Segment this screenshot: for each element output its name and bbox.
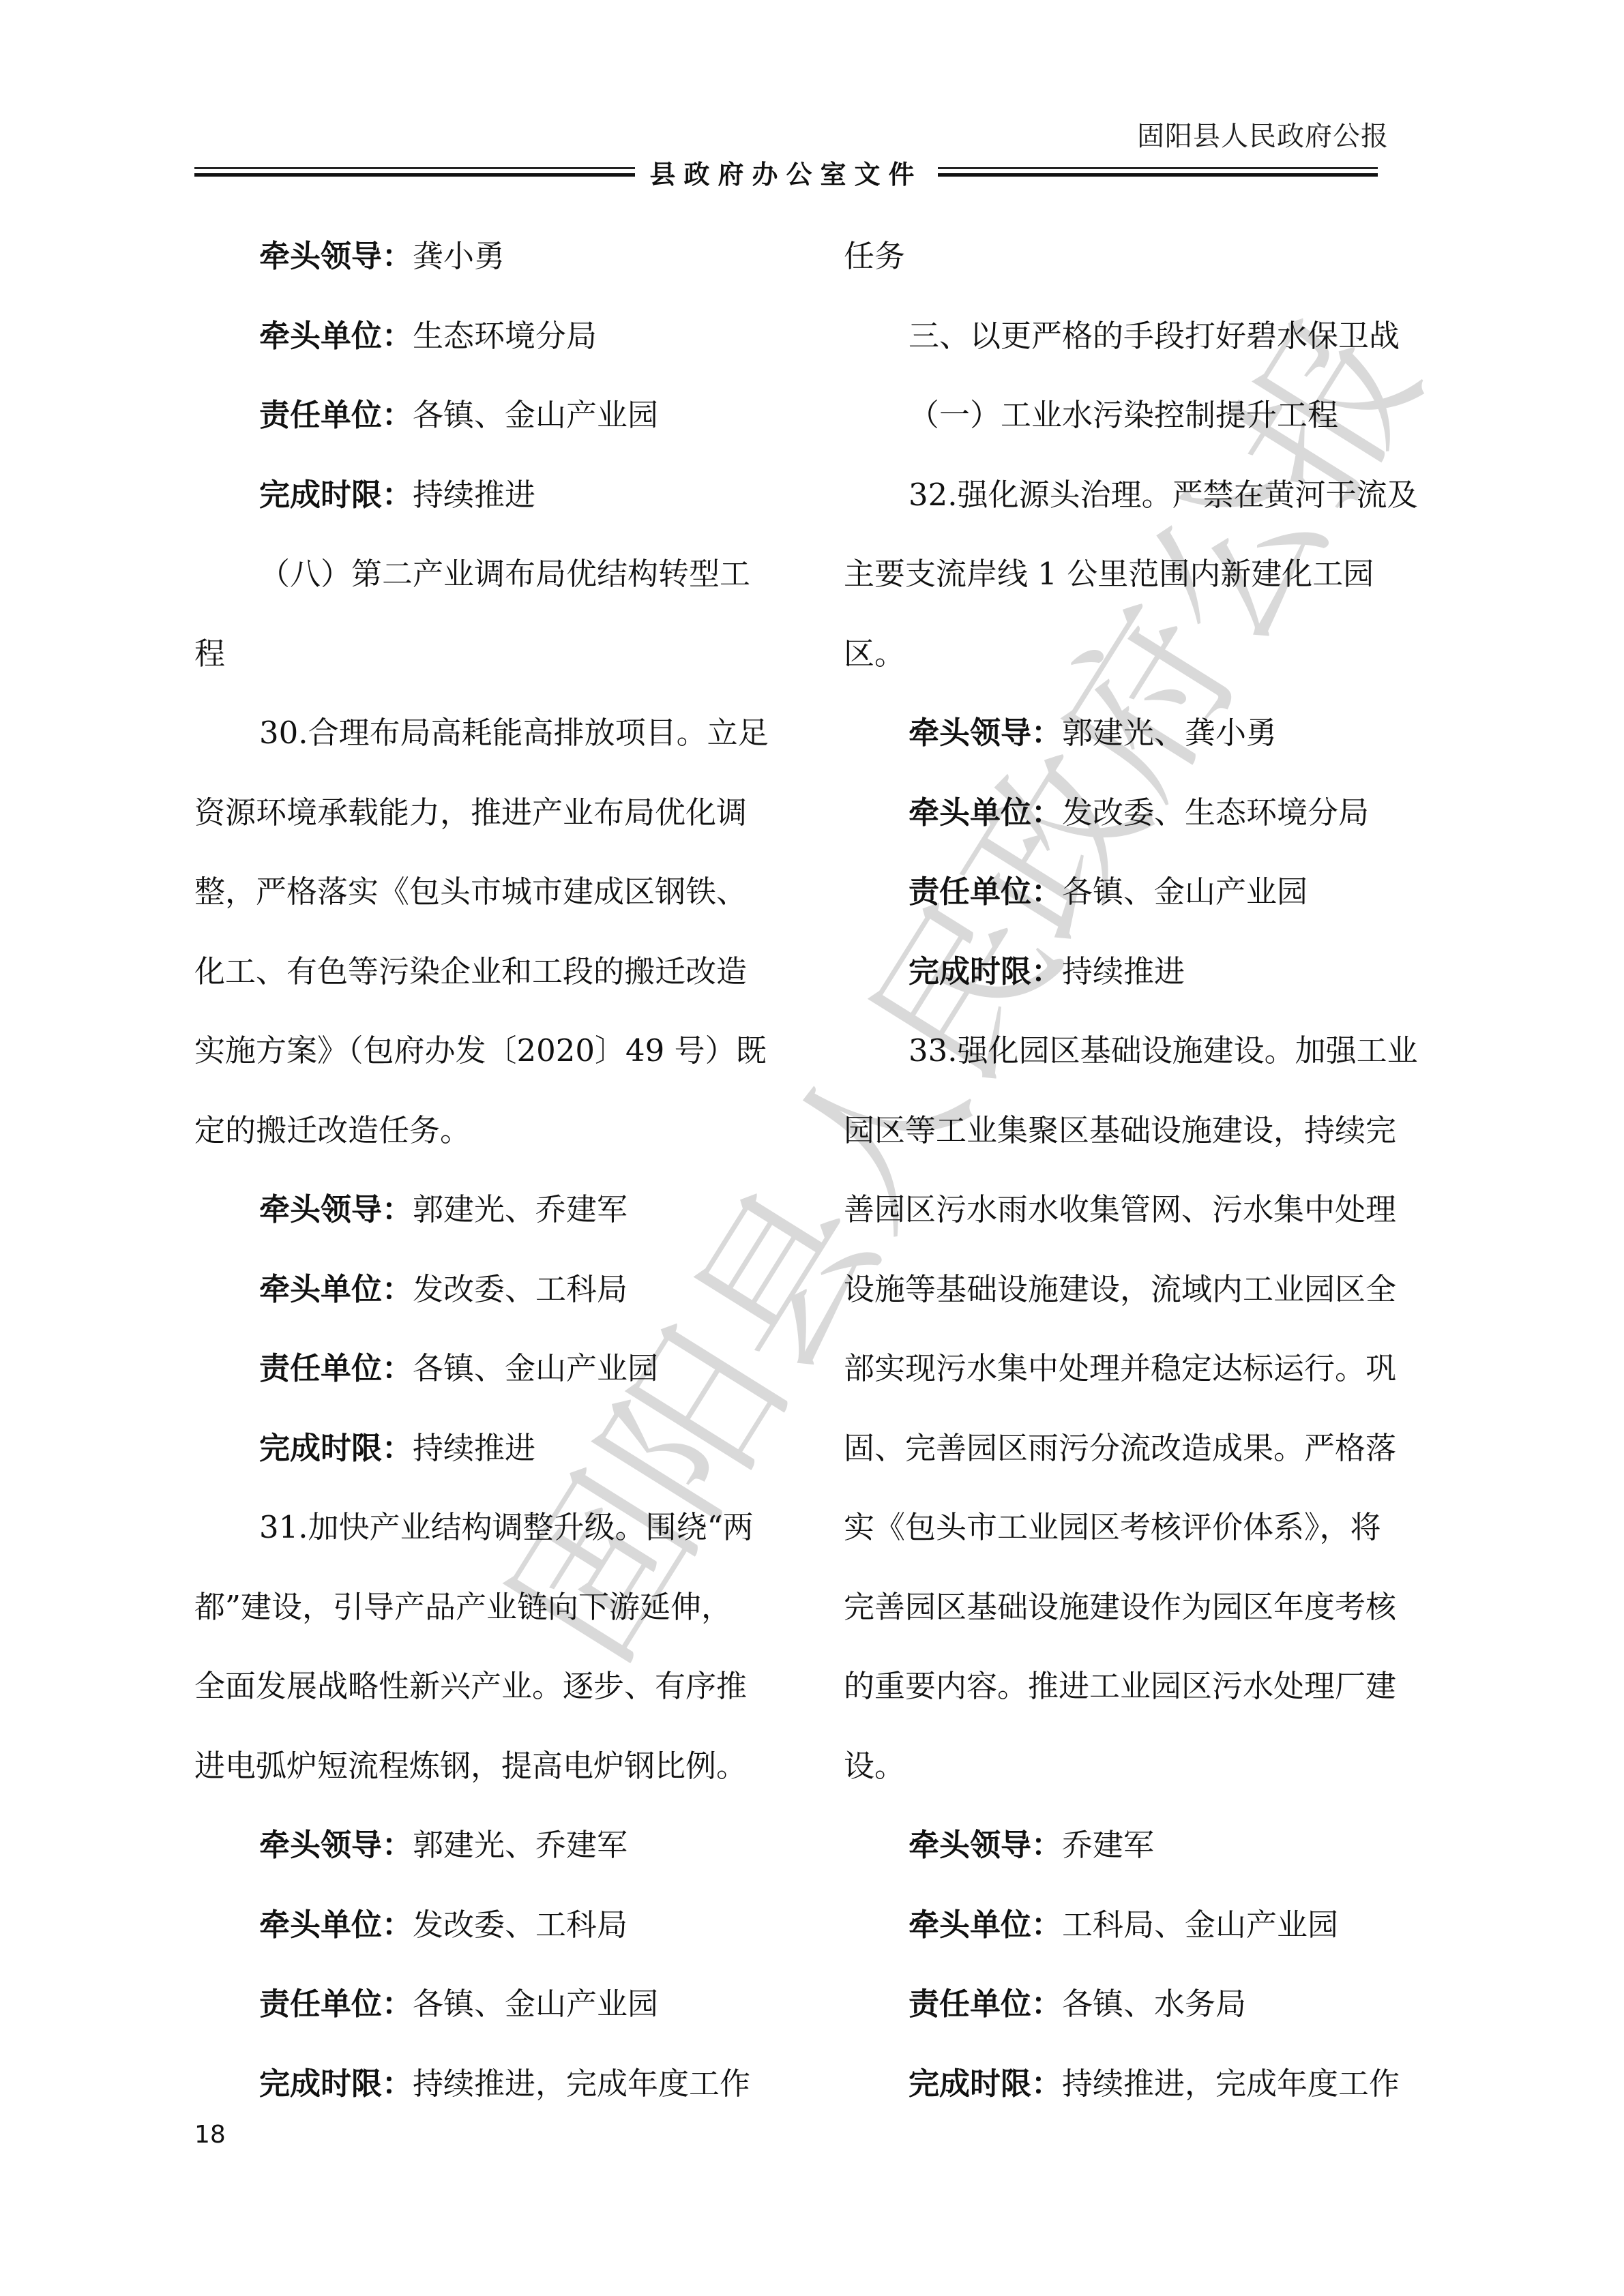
page-number: 18 (194, 2121, 226, 2149)
field-label: 牵头单位： (909, 1907, 1062, 1943)
field-label: 牵头领导： (259, 1827, 413, 1863)
field-label: 责任单位： (259, 1350, 413, 1386)
field-value: 乔建军 (1062, 1827, 1154, 1863)
field-line: 责任单位：各镇、金山产业园 (194, 376, 795, 456)
field-label: 完成时限： (909, 953, 1062, 989)
text-line: 32.强化源头治理。严禁在黄河干流及 (844, 456, 1444, 535)
double-rule-left (194, 167, 635, 177)
section-title: 县政府办公室文件 (635, 153, 938, 191)
field-value: 各镇、金山产业园 (413, 397, 658, 433)
text-line: 化工、有色等污染企业和工段的搬迁改造 (194, 932, 795, 1012)
field-value: 发改委、工科局 (413, 1907, 628, 1943)
field-label: 责任单位： (259, 1986, 413, 2022)
field-line: 牵头领导：龚小勇 (194, 217, 795, 297)
field-line: 完成时限：持续推进 (194, 1409, 795, 1489)
text-line: 30.合理布局高耗能高排放项目。立足 (194, 694, 795, 773)
text-line: 固、完善园区雨污分流改造成果。严格落 (844, 1409, 1444, 1489)
text-line: 三、以更严格的手段打好碧水保卫战 (844, 297, 1444, 376)
field-value: 发改委、工科局 (413, 1271, 628, 1307)
field-value: 持续推进，完成年度工作 (1062, 2066, 1400, 2102)
field-value: 工科局、金山产业园 (1062, 1907, 1338, 1943)
text-line: 资源环境承载能力，推进产业布局优化调 (194, 773, 795, 853)
field-line: 牵头领导：郭建光、乔建军 (194, 1806, 795, 1885)
text-line: 全面发展战略性新兴产业。逐步、有序推 (194, 1647, 795, 1727)
field-label: 牵头领导： (259, 1191, 413, 1227)
field-line: 完成时限：持续推进 (844, 932, 1444, 1012)
field-line: 牵头领导：郭建光、乔建军 (194, 1170, 795, 1250)
field-label: 完成时限： (259, 1430, 413, 1466)
text-line: 实施方案》（包府办发〔2020〕49 号）既 (194, 1011, 795, 1091)
text-line: 设施等基础设施建设，流域内工业园区全 (844, 1250, 1444, 1330)
field-value: 各镇、金山产业园 (1062, 874, 1308, 910)
field-label: 牵头单位： (259, 1907, 413, 1943)
field-line: 责任单位：各镇、金山产业园 (194, 1965, 795, 2044)
text-line: 程 (194, 614, 795, 694)
field-line: 牵头单位：工科局、金山产业园 (844, 1885, 1444, 1965)
text-line: （一）工业水污染控制提升工程 (844, 376, 1444, 456)
field-value: 郭建光、龚小勇 (1062, 715, 1277, 751)
text-line: （八）第二产业调布局优结构转型工 (194, 535, 795, 614)
field-line: 牵头单位：生态环境分局 (194, 297, 795, 376)
field-line: 牵头领导：乔建军 (844, 1806, 1444, 1885)
text-line: 任务 (844, 217, 1444, 297)
text-line: 完善园区基础设施建设作为园区年度考核 (844, 1568, 1444, 1648)
field-line: 责任单位：各镇、水务局 (844, 1965, 1444, 2044)
field-value: 各镇、水务局 (1062, 1986, 1246, 2022)
field-label: 完成时限： (259, 2066, 413, 2102)
field-value: 郭建光、乔建军 (413, 1827, 628, 1863)
field-line: 牵头单位：发改委、工科局 (194, 1250, 795, 1330)
right-column: 任务三、以更严格的手段打好碧水保卫战（一）工业水污染控制提升工程32.强化源头治… (844, 217, 1444, 2123)
text-line: 部实现污水集中处理并稳定达标运行。巩 (844, 1329, 1444, 1409)
field-value: 龚小勇 (413, 238, 505, 274)
text-line: 整，严格落实《包头市城市建成区钢铁、 (194, 852, 795, 932)
field-value: 持续推进，完成年度工作 (413, 2066, 750, 2102)
double-rule-right (938, 167, 1378, 177)
text-line: 进电弧炉短流程炼钢，提高电炉钢比例。 (194, 1727, 795, 1806)
text-line: 都”建设，引导产品产业链向下游延伸， (194, 1568, 795, 1648)
field-line: 责任单位：各镇、金山产业园 (844, 852, 1444, 932)
field-value: 各镇、金山产业园 (413, 1350, 658, 1386)
field-label: 完成时限： (259, 477, 413, 513)
field-line: 牵头单位：发改委、工科局 (194, 1885, 795, 1965)
field-value: 发改委、生态环境分局 (1062, 794, 1369, 831)
field-label: 责任单位： (909, 1986, 1062, 2022)
field-value: 持续推进 (1062, 953, 1185, 989)
field-value: 持续推进 (413, 1430, 535, 1466)
field-label: 责任单位： (909, 874, 1062, 910)
field-value: 持续推进 (413, 477, 535, 513)
field-value: 生态环境分局 (413, 318, 597, 354)
text-line: 实《包头市工业园区考核评价体系》，将 (844, 1488, 1444, 1568)
text-line: 31.加快产业结构调整升级。围绕“两 (194, 1488, 795, 1568)
field-line: 完成时限：持续推进 (194, 456, 795, 535)
field-label: 牵头单位： (259, 318, 413, 354)
text-line: 园区等工业集聚区基础设施建设，持续完 (844, 1091, 1444, 1171)
field-label: 牵头领导： (259, 238, 413, 274)
field-label: 牵头领导： (909, 715, 1062, 751)
field-label: 牵头单位： (259, 1271, 413, 1307)
text-line: 善园区污水雨水收集管网、污水集中处理 (844, 1170, 1444, 1250)
text-line: 的重要内容。推进工业园区污水处理厂建 (844, 1647, 1444, 1727)
field-line: 牵头领导：郭建光、龚小勇 (844, 694, 1444, 773)
field-label: 责任单位： (259, 397, 413, 433)
field-line: 完成时限：持续推进，完成年度工作 (844, 2044, 1444, 2124)
field-line: 牵头单位：发改委、生态环境分局 (844, 773, 1444, 853)
text-line: 设。 (844, 1727, 1444, 1806)
field-label: 牵头单位： (909, 794, 1062, 831)
text-line: 定的搬迁改造任务。 (194, 1091, 795, 1171)
field-value: 各镇、金山产业园 (413, 1986, 658, 2022)
field-value: 郭建光、乔建军 (413, 1191, 628, 1227)
text-line: 33.强化园区基础设施建设。加强工业 (844, 1011, 1444, 1091)
publication-name: 固阳县人民政府公报 (1137, 115, 1389, 153)
field-line: 完成时限：持续推进，完成年度工作 (194, 2044, 795, 2124)
field-line: 责任单位：各镇、金山产业园 (194, 1329, 795, 1409)
field-label: 完成时限： (909, 2066, 1062, 2102)
text-line: 区。 (844, 614, 1444, 694)
field-label: 牵头领导： (909, 1827, 1062, 1863)
left-column: 牵头领导：龚小勇牵头单位：生态环境分局责任单位：各镇、金山产业园完成时限：持续推… (194, 217, 795, 2123)
text-line: 主要支流岸线 1 公里范围内新建化工园 (844, 535, 1444, 614)
header-rule: 县政府办公室文件 (194, 158, 1378, 185)
